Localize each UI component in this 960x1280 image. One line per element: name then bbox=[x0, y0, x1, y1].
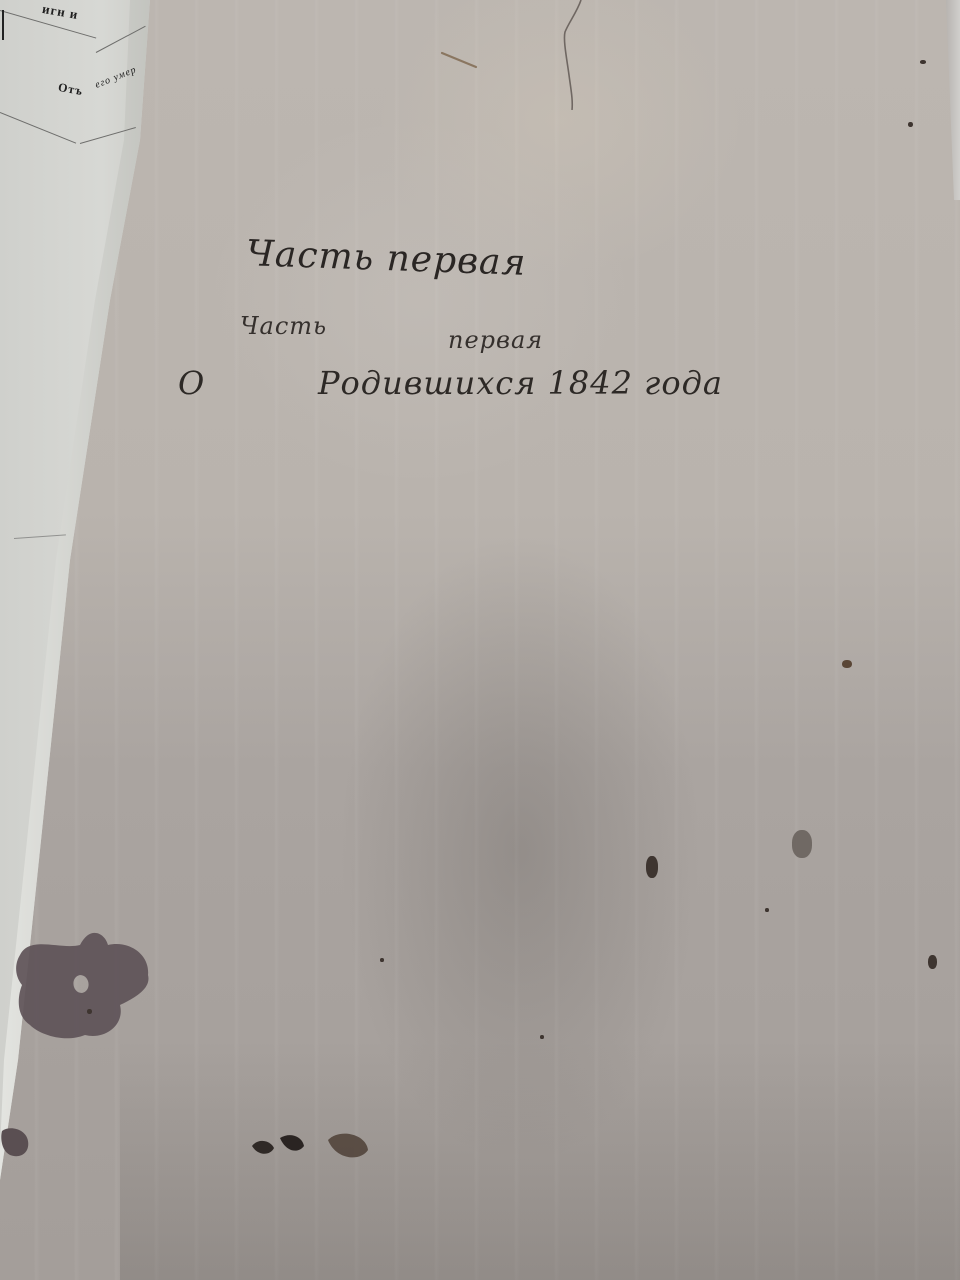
handwritten-repeat-word-1: Часть bbox=[240, 312, 327, 340]
ink-stain-small bbox=[0, 1125, 32, 1161]
handwritten-subtitle: Родившихся 1842 года bbox=[318, 364, 723, 402]
handwritten-repeat-word-2: первая bbox=[448, 326, 543, 354]
document-photo: игн и Отъ его умер Часть первая Часть пе… bbox=[0, 0, 960, 1280]
handwritten-preposition: О bbox=[178, 364, 204, 402]
ink-smudge bbox=[248, 1128, 388, 1164]
foxing-spot bbox=[908, 122, 913, 127]
foxing-spot bbox=[765, 908, 769, 912]
foxing-spot bbox=[540, 1035, 544, 1039]
foxing-spot bbox=[792, 830, 812, 858]
foxing-spot bbox=[87, 1009, 92, 1014]
bottom-shadow bbox=[120, 1040, 960, 1280]
table-rule-vertical bbox=[2, 10, 4, 40]
foxing-spot bbox=[842, 660, 852, 668]
foxing-spot bbox=[928, 955, 937, 969]
paper-crack bbox=[555, 0, 585, 110]
foxing-spot bbox=[646, 856, 658, 878]
foxing-spot bbox=[380, 958, 384, 962]
ink-stain bbox=[10, 915, 160, 1055]
foxing-spot bbox=[920, 60, 926, 64]
fiber-mark bbox=[440, 45, 480, 75]
